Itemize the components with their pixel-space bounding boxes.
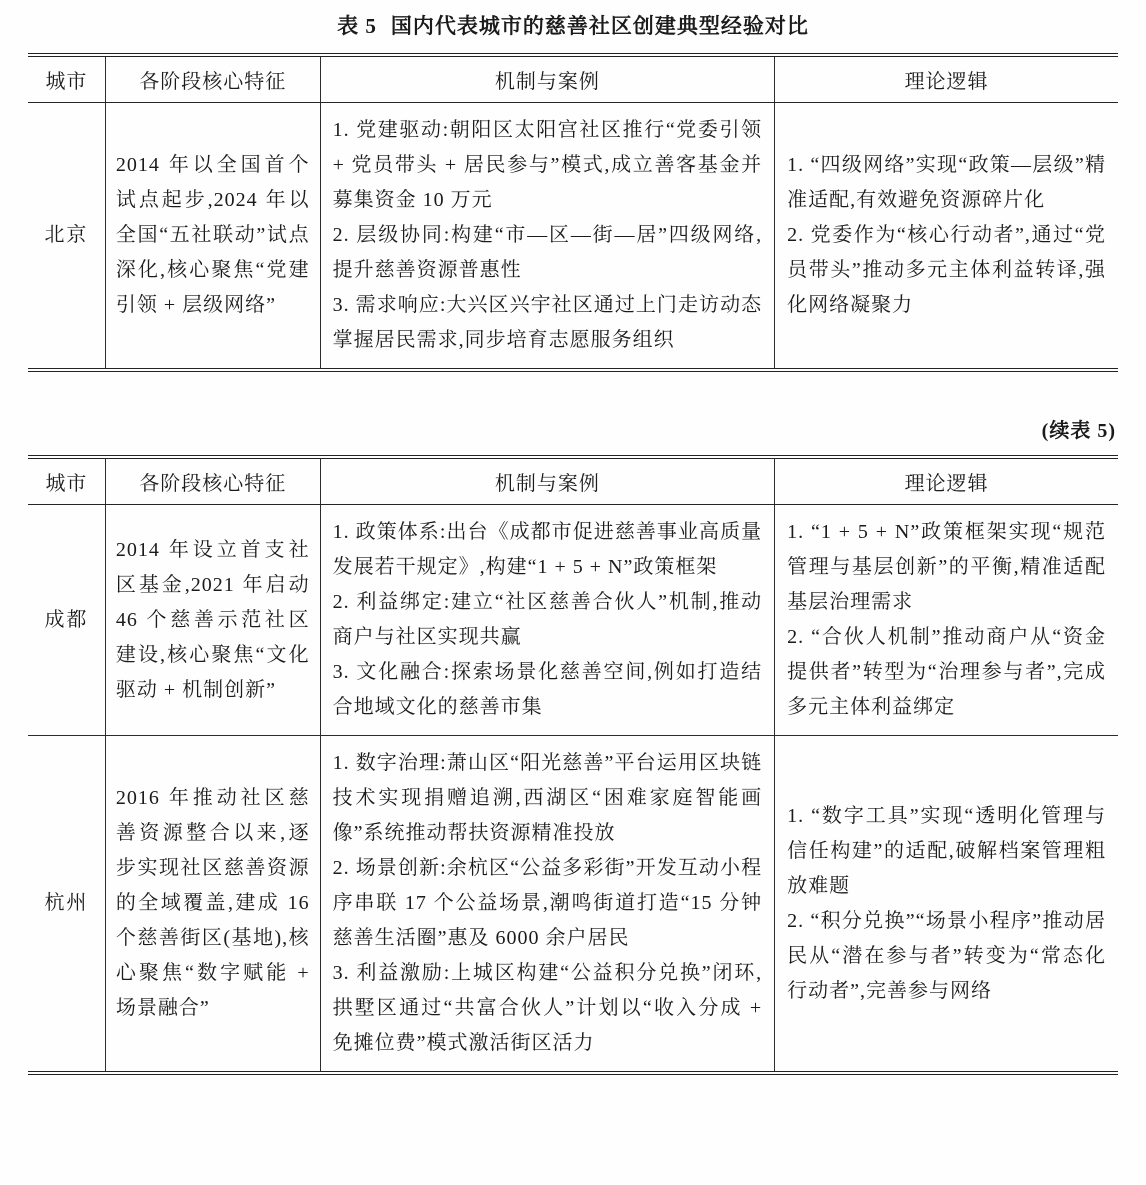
table-row-hangzhou: 杭州 2016 年推动社区慈善资源整合以来,逐步实现社区慈善资源的全域覆盖,建成…: [28, 736, 1118, 1074]
header-city: 城市: [28, 55, 105, 103]
logic-item: 2. “积分兑换”“场景小程序”推动居民从“潜在参与者”转变为“常态化行动者”,…: [787, 904, 1106, 1009]
features-cell: 2014 年设立首支社区基金,2021 年启动 46 个慈善示范社区建设,核心聚…: [105, 505, 320, 736]
logic-item: 1. “1 + 5 + N”政策框架实现“规范管理与基层创新”的平衡,精准适配基…: [787, 515, 1106, 620]
header-mechanisms: 机制与案例: [320, 457, 775, 505]
features-text: 2014 年设立首支社区基金,2021 年启动 46 个慈善示范社区建设,核心聚…: [116, 533, 310, 708]
mechanism-item: 3. 需求响应:大兴区兴宇社区通过上门走访动态掌握居民需求,同步培育志愿服务组织: [333, 288, 763, 358]
header-row: 城市 各阶段核心特征 机制与案例 理论逻辑: [28, 55, 1118, 103]
mechanism-item: 1. 党建驱动:朝阳区太阳宫社区推行“党委引领 + 党员带头 + 居民参与”模式…: [333, 113, 763, 218]
header-logic: 理论逻辑: [775, 55, 1118, 103]
header-mechanisms: 机制与案例: [320, 55, 775, 103]
continuation-label: (续表 5): [28, 414, 1116, 443]
logic-cell: 1. “数字工具”实现“透明化管理与信任构建”的适配,破解档案管理粗放难题 2.…: [775, 736, 1118, 1074]
mechanism-item: 3. 利益激励:上城区构建“公益积分兑换”闭环,拱墅区通过“共富合伙人”计划以“…: [333, 956, 763, 1061]
header-row: 城市 各阶段核心特征 机制与案例 理论逻辑: [28, 457, 1118, 505]
experience-table-part2: 城市 各阶段核心特征 机制与案例 理论逻辑 成都 2014 年设立首支社区基金,…: [28, 455, 1118, 1075]
table-number: 表 5: [337, 14, 377, 38]
table-row-chengdu: 成都 2014 年设立首支社区基金,2021 年启动 46 个慈善示范社区建设,…: [28, 505, 1118, 736]
header-logic: 理论逻辑: [775, 457, 1118, 505]
table-title-text: 国内代表城市的慈善社区创建典型经验对比: [391, 14, 809, 38]
logic-item: 2. 党委作为“核心行动者”,通过“党员带头”推动多元主体利益转译,强化网络凝聚…: [787, 218, 1106, 323]
features-text: 2014 年以全国首个试点起步,2024 年以全国“五社联动”试点深化,核心聚焦…: [116, 148, 310, 323]
mechanism-item: 1. 政策体系:出台《成都市促进慈善事业高质量发展若干规定》,构建“1 + 5 …: [333, 515, 763, 585]
logic-cell: 1. “1 + 5 + N”政策框架实现“规范管理与基层创新”的平衡,精准适配基…: [775, 505, 1118, 736]
logic-item: 1. “四级网络”实现“政策—层级”精准适配,有效避免资源碎片化: [787, 148, 1106, 218]
header-features: 各阶段核心特征: [105, 457, 320, 505]
mechanism-item: 2. 利益绑定:建立“社区慈善合伙人”机制,推动商户与社区实现共赢: [333, 585, 763, 655]
mechanisms-cell: 1. 党建驱动:朝阳区太阳宫社区推行“党委引领 + 党员带头 + 居民参与”模式…: [320, 103, 775, 371]
features-text: 2016 年推动社区慈善资源整合以来,逐步实现社区慈善资源的全域覆盖,建成 16…: [116, 781, 310, 1026]
header-city: 城市: [28, 457, 105, 505]
document-page: 表 5国内代表城市的慈善社区创建典型经验对比 城市 各阶段核心特征 机制与案例 …: [0, 0, 1146, 1185]
mechanisms-cell: 1. 政策体系:出台《成都市促进慈善事业高质量发展若干规定》,构建“1 + 5 …: [320, 505, 775, 736]
table-title: 表 5国内代表城市的慈善社区创建典型经验对比: [28, 10, 1118, 40]
logic-item: 2. “合伙人机制”推动商户从“资金提供者”转型为“治理参与者”,完成多元主体利…: [787, 620, 1106, 725]
logic-cell: 1. “四级网络”实现“政策—层级”精准适配,有效避免资源碎片化 2. 党委作为…: [775, 103, 1118, 371]
mechanism-item: 2. 层级协同:构建“市—区—街—居”四级网络,提升慈善资源普惠性: [333, 218, 763, 288]
table-row-beijing: 北京 2014 年以全国首个试点起步,2024 年以全国“五社联动”试点深化,核…: [28, 103, 1118, 371]
mechanism-item: 1. 数字治理:萧山区“阳光慈善”平台运用区块链技术实现捐赠追溯,西湖区“困难家…: [333, 746, 763, 851]
mechanism-item: 3. 文化融合:探索场景化慈善空间,例如打造结合地域文化的慈善市集: [333, 655, 763, 725]
mechanisms-cell: 1. 数字治理:萧山区“阳光慈善”平台运用区块链技术实现捐赠追溯,西湖区“困难家…: [320, 736, 775, 1074]
features-cell: 2014 年以全国首个试点起步,2024 年以全国“五社联动”试点深化,核心聚焦…: [105, 103, 320, 371]
header-features: 各阶段核心特征: [105, 55, 320, 103]
logic-item: 1. “数字工具”实现“透明化管理与信任构建”的适配,破解档案管理粗放难题: [787, 799, 1106, 904]
mechanism-item: 2. 场景创新:余杭区“公益多彩街”开发互动小程序串联 17 个公益场景,潮鸣街…: [333, 851, 763, 956]
features-cell: 2016 年推动社区慈善资源整合以来,逐步实现社区慈善资源的全域覆盖,建成 16…: [105, 736, 320, 1074]
city-cell: 杭州: [28, 736, 105, 1074]
experience-table-part1: 城市 各阶段核心特征 机制与案例 理论逻辑 北京 2014 年以全国首个试点起步…: [28, 53, 1118, 372]
city-cell: 北京: [28, 103, 105, 371]
city-cell: 成都: [28, 505, 105, 736]
